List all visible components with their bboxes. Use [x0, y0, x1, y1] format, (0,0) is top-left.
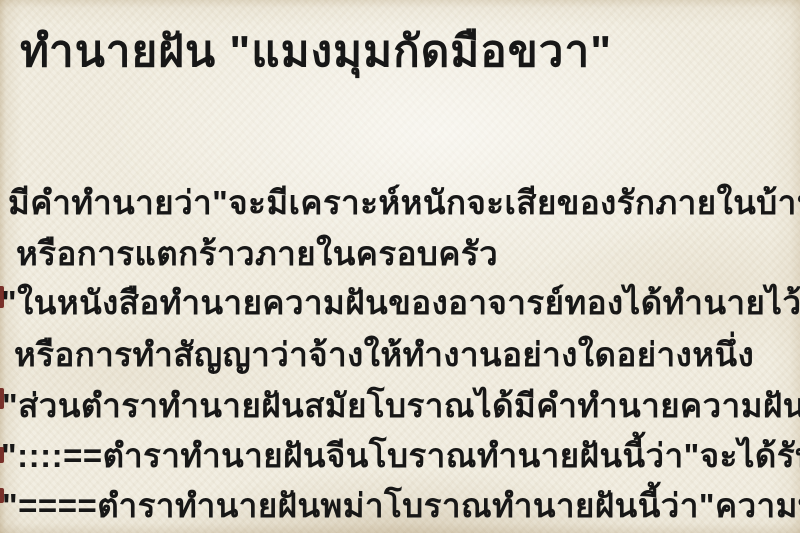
text-line: "::::==ตำราทำนายฝันจีนโบราณทำนายฝันนี้ว่… [1, 436, 800, 476]
text-line: มีคำทำนายว่า"จะมีเคราะห์หนักจะเสียของรัก… [8, 183, 800, 223]
red-edge-mark [0, 388, 4, 409]
text-line: หรือการทำสัญญาว่าจ้างให้ทำงานอย่างใดอย่า… [14, 335, 754, 375]
text-line: "ส่วนตำราทำนายฝันสมัยโบราณได้มีคำทำนายคว… [2, 386, 800, 426]
text-line: "ในหนังสือทำนายความฝันของอาจารย์ทองได้ทำ… [1, 283, 800, 323]
red-edge-mark [0, 286, 4, 308]
text-line: "====ตำราทำนายฝันพม่าโบราณทำนายฝันนี้ว่า… [2, 486, 800, 526]
text-line: หรือการแตกร้าวภายในครอบครัว [16, 234, 498, 274]
interpretation-text: มีคำทำนายว่า"จะมีเคราะห์หนักจะเสียของรัก… [0, 0, 800, 533]
red-edge-mark [0, 488, 4, 503]
paper-page: ทำนายฝัน "แมงมุมกัดมือขวา" มีคำทำนายว่า"… [0, 0, 800, 533]
red-edge-mark [0, 447, 4, 463]
